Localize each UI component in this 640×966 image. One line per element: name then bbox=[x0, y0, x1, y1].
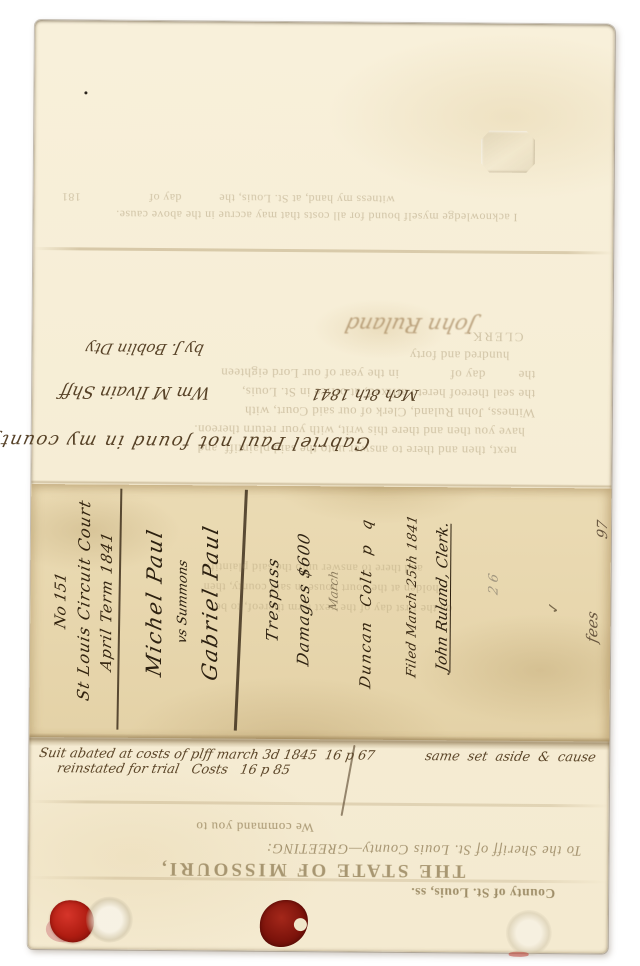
we-command-line: We command you to bbox=[52, 815, 314, 837]
clerk-signature: John Ruland, Clerk. bbox=[432, 520, 451, 673]
wax-seal-dark-red bbox=[260, 900, 308, 947]
case-number: No 151 bbox=[51, 570, 69, 630]
damages-amount: Damages $600 bbox=[293, 531, 313, 668]
scanned-document-canvas: I acknowledge myself bound for all costs… bbox=[0, 0, 640, 966]
sheriff-return-block: Gabriel Paul not found in my county Mch … bbox=[51, 358, 442, 477]
cause-of-action: Trespass bbox=[263, 555, 283, 643]
embossed-notary-seal bbox=[481, 131, 535, 173]
acknowledge-costs-line: I acknowledge myself bound for all costs… bbox=[57, 205, 517, 226]
county-ss-line: County of St. Louis, ss. bbox=[51, 879, 555, 904]
sheriff-greeting-line: To the Sheriff of St. Louis County—GREET… bbox=[51, 835, 581, 860]
top-form-showthrough-block: I acknowledge myself bound for all costs… bbox=[57, 176, 557, 226]
sheriff-signature: Wm M Ilvain Shff bbox=[58, 381, 213, 402]
court-term: April Term 1841 bbox=[97, 529, 116, 672]
deputy-signature-line: by J. Boblin Dty bbox=[86, 321, 442, 378]
abatement-text-b: same set aside & cause bbox=[423, 749, 596, 765]
docket-court-term-column: No 151 St Louis Circuit Court April Term… bbox=[51, 488, 117, 712]
return-not-found-line: Gabriel Paul not found in my county bbox=[51, 409, 427, 475]
docket-action-column: Trespass Damages $600 bbox=[262, 491, 314, 706]
court-name: St Louis Circuit Court bbox=[73, 498, 94, 703]
party-plaintiff: Gabriel Paul bbox=[198, 522, 223, 683]
attorney-column: Duncan Colt p q bbox=[356, 501, 380, 706]
return-date: Mch 8th 1841 bbox=[309, 383, 420, 404]
march-note: March bbox=[326, 545, 343, 635]
fees-label: fees bbox=[583, 584, 602, 668]
abatement-note-block: Suit abated at costs of plff march 3d 18… bbox=[39, 746, 605, 780]
fees-amount: 97 bbox=[595, 509, 611, 549]
docket-parties-column: Michel Paul vs Summons Gabriel Paul bbox=[142, 488, 224, 717]
fold-crease-top bbox=[33, 247, 613, 255]
fold-crease-bottom-1 bbox=[29, 800, 609, 808]
check-mark: ✓ bbox=[544, 598, 560, 614]
attorney-name: Duncan Colt p q bbox=[356, 517, 375, 691]
wax-seal-notch bbox=[294, 918, 307, 931]
state-heading-block: County of St. Louis, ss. THE STATE OF MI… bbox=[51, 814, 584, 904]
ink-dot bbox=[84, 91, 87, 94]
seal-ghost-impression-1 bbox=[86, 896, 133, 942]
seal-ghost-impression-2 bbox=[506, 910, 552, 956]
filing-column: Filed March 25th 1841 John Ruland, Clerk… bbox=[404, 488, 452, 703]
party-defendant: Michel Paul bbox=[142, 526, 167, 679]
abatement-line-2: reinstated for trial Costs 16 p 85 bbox=[56, 761, 607, 780]
wax-smudge bbox=[509, 952, 529, 957]
folded-paper-sheet: I acknowledge myself bound for all costs… bbox=[28, 20, 615, 954]
state-of-missouri-line: THE STATE OF MISSOURI, bbox=[51, 856, 465, 882]
versus-summons: vs Summons bbox=[175, 559, 191, 645]
filed-date: Filed March 25th 1841 bbox=[404, 513, 420, 679]
return-date-sheriff-line: Mch 8th 1841 Wm M Ilvain Shff bbox=[60, 381, 418, 404]
pencil-note: 2 6 bbox=[486, 550, 505, 620]
